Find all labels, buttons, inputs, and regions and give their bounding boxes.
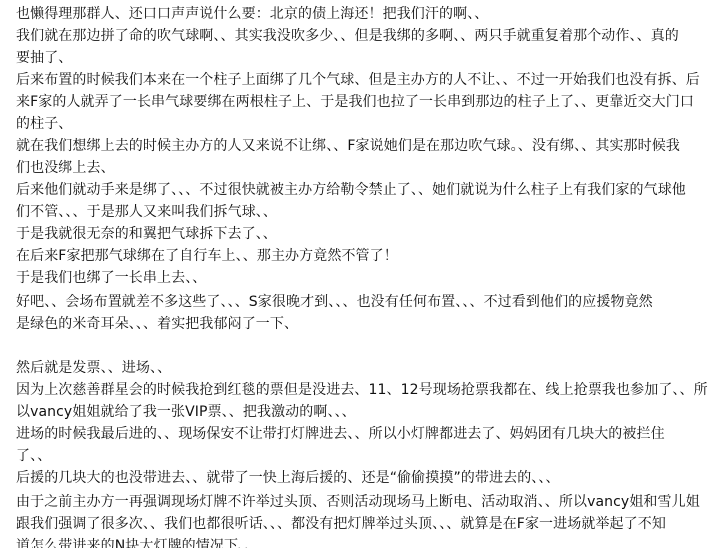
text-line: 然后就是发票、、进场、、 xyxy=(16,360,171,376)
blog-post-body: 也懒得理那群人、还口口声声说什么要：北京的债上海还！把我们汗的啊、、 我们就在那… xyxy=(0,0,720,548)
text-line: 也懒得理那群人、还口口声声说什么要：北京的债上海还！把我们汗的啊、、 xyxy=(16,6,488,22)
text-line: 因为上次慈善群星会的时候我抢到红毯的票但是没进去、11、12号现场抢票我都在、线… xyxy=(16,382,708,398)
text-line: 在后来F家把那气球绑在了自行车上、、那主办方竟然不管了！ xyxy=(16,248,398,264)
text-line: 进场的时候我最后进的、、现场保安不让带打灯牌进去、、所以小灯牌都进去了、妈妈团有… xyxy=(16,426,665,442)
text-line: 们不管、、、于是那人又来叫我们拆气球、、 xyxy=(16,204,277,220)
text-line: 后来他们就动手来是绑了、、、不过很快就被主办方给勒令禁止了、、她们就说为什么柱子… xyxy=(16,182,686,198)
text-line: 于是我就很无奈的和翼把气球拆下去了、、 xyxy=(16,226,277,242)
text-line: 道怎么带进来的N块大灯牌的情况下、、 xyxy=(16,538,259,548)
text-line: 们也没绑上去、 xyxy=(16,160,115,176)
text-line: 由于之前主办方一再强调现场灯牌不许举过头顶、否则活动现场马上断电、活动取消、、所… xyxy=(16,494,700,510)
text-line: 于是我们也绑了一长串上去、、 xyxy=(16,270,206,286)
text-line: 我们就在那边拼了命的吹气球啊、、其实我没吹多少、、但是我绑的多啊、、两只手就重复… xyxy=(16,28,679,44)
text-line: 以vancy姐姐就给了我一张VIP票、、把我激动的啊、、、 xyxy=(16,404,356,420)
text-line: 后援的几块大的也没带进去、、就带了一快上海后援的、还是“偷偷摸摸”的带进去的、、… xyxy=(16,470,560,486)
text-line: 是绿色的米奇耳朵、、、着实把我郁闷了一下、 xyxy=(16,316,298,332)
text-line: 要抽了、 xyxy=(16,50,72,66)
text-line: 后来布置的时候我们本来在一个柱子上面绑了几个气球、但是主办方的人不让、、不过一开… xyxy=(16,72,700,88)
text-line: 跟我们强调了很多次、、我们也都很听话、、、都没有把灯牌举过头顶、、、就算是在F家… xyxy=(16,516,666,532)
text-line: 的柱子、 xyxy=(16,116,72,132)
text-line: 好吧、、会场布置就差不多这些了、、、S家很晚才到、、、也没有任何布置、、、不过看… xyxy=(16,294,653,310)
text-line: 来F家的人就弄了一长串气球要绑在两根柱子上、于是我们也拉了一长串到那边的柱子上了… xyxy=(16,94,694,110)
text-line: 了、、 xyxy=(16,448,51,464)
text-line: 就在我们想绑上去的时候主办方的人又来说不让绑、、F家说她们是在那边吹气球。、没有… xyxy=(16,138,680,154)
